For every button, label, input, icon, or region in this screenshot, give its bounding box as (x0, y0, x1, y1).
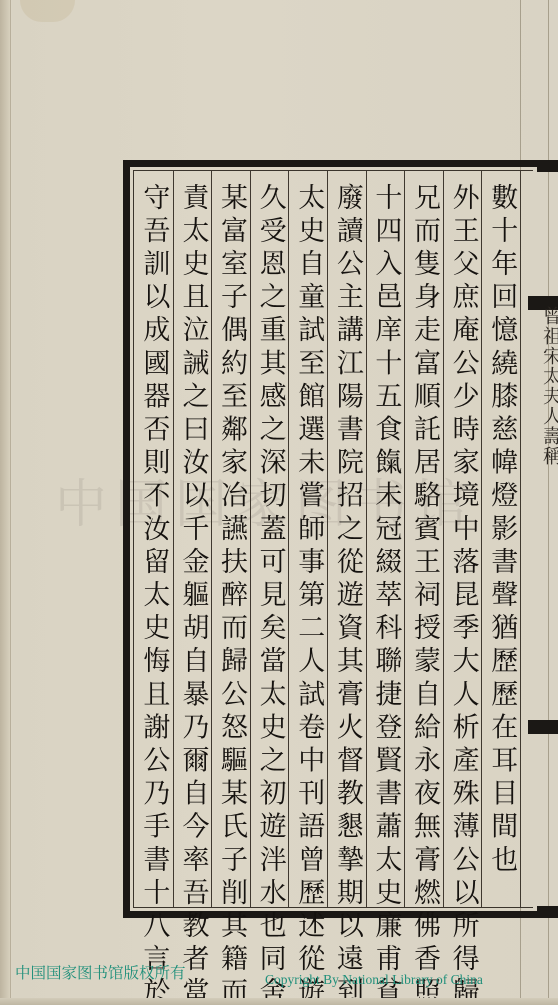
column-text: 守吾訓以成國器否則不汝留太史悔且謝公乃手書十八言於竹 (135, 171, 171, 907)
text-column-8: 某富室子偶約至鄰家冶讌扶醉而歸公怒驅某氏子削其籍而重 (211, 171, 250, 907)
fishtail-mark-lower (528, 720, 558, 734)
column-text: 某富室子偶約至鄰家冶讌扶醉而歸公怒驅某氏子削其籍而重 (213, 171, 249, 907)
column-text: 久受恩之重其感之深切蓋可見矣當太史之初遊泮水也同舍有 (252, 171, 288, 907)
column-text: 太史自童試至館選未嘗師事第二人試卷中刊語曾歷述從遊之 (290, 171, 326, 907)
column-text: 數十年回憶繞膝慈幃燈影書聲猶歷歷在耳目間也 (483, 171, 519, 907)
column-text: 兄而隻身走富順託居駱賓王祠授蒙自給永夜無膏燃佛香照讀 (406, 171, 442, 907)
copyright-watermark-chinese: 中国国家图书馆版权所有 (15, 961, 186, 983)
text-column-9: 責太史且泣誡之曰汝以千金軀胡自暴乃爾自今率吾教者當永 (173, 171, 212, 907)
text-column-3: 兄而隻身走富順託居駱賓王祠授蒙自給永夜無膏燃佛香照讀 (404, 171, 443, 907)
paper-stain (20, 0, 75, 22)
column-text: 廢讀公主講江陽書院招之從遊資其膏火督教懇摯期以遠到故 (329, 171, 365, 907)
page-bottom-edge (0, 998, 558, 1005)
copyright-watermark-english: Copyright By National Library of China (265, 972, 483, 988)
book-spine-edge (0, 0, 11, 1005)
text-column-5: 廢讀公主講江陽書院招之從遊資其膏火督教懇摯期以遠到故 (327, 171, 366, 907)
text-column-2: 外王父庶庵公少時家境中落昆季大人析產殊薄公以所得歸諸 (443, 171, 482, 907)
text-column-7: 久受恩之重其感之深切蓋可見矣當太史之初遊泮水也同舍有 (250, 171, 289, 907)
column-text: 責太史且泣誡之曰汝以千金軀胡自暴乃爾自今率吾教者當永 (174, 171, 210, 907)
scanned-page: 中国国家图书馆 曾祖宋太夫人壽稱 數十年回憶繞膝慈幃燈影書聲猶歷歷在耳目間也 外… (0, 0, 558, 1005)
margin-heading: 曾祖宋太夫人壽稱 (538, 306, 558, 476)
column-rule-right (520, 171, 521, 907)
text-column-6: 太史自童試至館選未嘗師事第二人試卷中刊語曾歷述從遊之 (288, 171, 327, 907)
text-column-10: 守吾訓以成國器否則不汝留太史悔且謝公乃手書十八言於竹 (134, 171, 173, 907)
text-column-4: 十四入邑庠十五食餼未冠綴萃科聯捷登賢書蕭太史廉甫貧時 (366, 171, 405, 907)
column-text: 外王父庶庵公少時家境中落昆季大人析產殊薄公以所得歸諸 (445, 171, 481, 907)
text-columns: 數十年回憶繞膝慈幃燈影書聲猶歷歷在耳目間也 外王父庶庵公少時家境中落昆季大人析產… (134, 171, 520, 907)
fishtail-mark-bottom (537, 906, 558, 918)
column-text: 十四入邑庠十五食餼未冠綴萃科聯捷登賢書蕭太史廉甫貧時 (367, 171, 403, 907)
text-column-1: 數十年回憶繞膝慈幃燈影書聲猶歷歷在耳目間也 (481, 171, 520, 907)
fishtail-mark-top (537, 160, 558, 172)
